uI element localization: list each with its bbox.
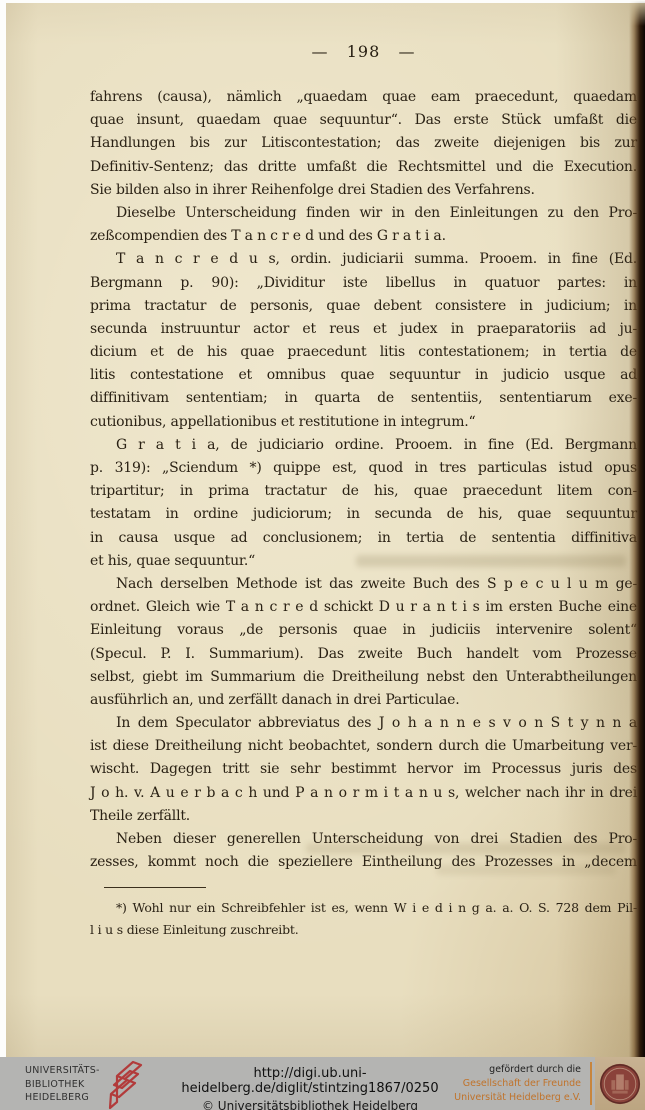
text-line: fahrens (causa), nämlich „quaedam quae e… (90, 86, 637, 109)
text-line: quae insunt, quaedam quae sequuntur“. Da… (90, 109, 637, 132)
text-line: zeßcompendien des T a n c r e d und des … (90, 225, 637, 248)
text-line: T a n c r e d u s, ordin. judiciarii sum… (90, 248, 637, 271)
footnote-line: *) Wohl nur ein Schreibfehler ist es, we… (90, 897, 637, 919)
text-line: litis contestatione et omnibus quae sequ… (90, 364, 637, 387)
library-logo-icon (91, 1058, 145, 1110)
library-name-line: HEIDELBERG (25, 1091, 100, 1105)
library-name: UNIVERSITÄTS- BIBLIOTHEK HEIDELBERG (25, 1064, 100, 1105)
text-line: secunda instruuntur actor et reus et jud… (90, 318, 637, 341)
text-line: Dieselbe Unterscheidung finden wir in de… (90, 202, 637, 225)
funder-name: Universität Heidelberg e.V. (454, 1091, 581, 1105)
document-url[interactable]: http://digi.ub.uni-heidelberg.de/diglit/… (145, 1066, 475, 1096)
text-line: ausführlich an, und zerfällt danach in d… (90, 689, 637, 712)
funding-credit: gefördert durch die Gesellschaft der Fre… (454, 1063, 581, 1105)
footer-center-text: http://digi.ub.uni-heidelberg.de/diglit/… (145, 1057, 475, 1110)
text-line: ist diese Dreitheilung nicht beobachtet,… (90, 735, 637, 758)
text-line: J o h. v. A u e r b a c h und P a n o r … (90, 782, 637, 805)
text-line: dicium et de his quae praecedunt litis c… (90, 341, 637, 364)
library-name-line: UNIVERSITÄTS- (25, 1064, 100, 1078)
text-line: Nach derselben Methode ist das zweite Bu… (90, 573, 637, 596)
text-line: diffinitivam sententiam; in quarta de se… (90, 387, 637, 410)
text-line: Einleitung voraus „de personis quae in j… (90, 619, 637, 642)
text-line: Sie bilden also in ihrer Reihenfolge dre… (90, 179, 637, 202)
university-seal-icon (598, 1062, 642, 1106)
scanned-page: — 198 — fahrens (causa), nämlich „quaeda… (0, 0, 645, 1057)
text-line: In dem Speculator abbreviatus des J o h … (90, 712, 637, 735)
text-line: tripartitur; in prima tractatur de his, … (90, 480, 637, 503)
text-line: Theile zerfällt. (90, 805, 637, 828)
text-line: testatam in ordine judiciorum; in secund… (90, 503, 637, 526)
text-line: in causa usque ad conclusionem; in terti… (90, 527, 637, 550)
text-line: zesses, kommt noch die speziellere Einth… (90, 851, 637, 874)
text-line: selbst, giebt im Summarium die Dreitheil… (90, 666, 637, 689)
text-line: wischt. Dagegen tritt sie sehr bestimmt … (90, 758, 637, 781)
footnote: *) Wohl nur ein Schreibfehler ist es, we… (90, 897, 637, 941)
footer-divider (590, 1062, 592, 1105)
text-line: Neben dieser generellen Unterscheidung v… (90, 828, 637, 851)
footnote-divider (104, 887, 206, 888)
text-line: prima tractatur de personis, quae debent… (90, 295, 637, 318)
text-line: Handlungen bis zur Litiscontestation; da… (90, 132, 637, 155)
book-edge-shadow (629, 0, 645, 1057)
text-line: G r a t i a, de judiciario ordine. Prooe… (90, 434, 637, 457)
footnote-line: l i u s diese Einleitung zuschreibt. (90, 919, 637, 941)
digitization-footer-bar: UNIVERSITÄTS- BIBLIOTHEK HEIDELBERG http… (0, 1057, 645, 1110)
funding-credit-line: gefördert durch die (454, 1063, 581, 1077)
text-line: (Specul. P. I. Summarium). Das zweite Bu… (90, 643, 637, 666)
text-line: Definitiv-Sentenz; das dritte umfaßt die… (90, 156, 637, 179)
text-line: Bergmann p. 90): „Dividitur iste libellu… (90, 272, 637, 295)
text-line: ordnet. Gleich wie T a n c r e d schickt… (90, 596, 637, 619)
funder-name: Gesellschaft der Freunde (454, 1077, 581, 1091)
body-text: fahrens (causa), nämlich „quaedam quae e… (90, 86, 637, 874)
university-seal-panel (595, 1057, 645, 1110)
text-line: p. 319): „Sciendum *) quippe est, quod i… (90, 457, 637, 480)
copyright-line: © Universitätsbibliothek Heidelberg (145, 1099, 475, 1110)
text-line: cutionibus, appellationibus et restituti… (90, 411, 637, 434)
text-line: et his, quae sequuntur.“ (90, 550, 637, 573)
library-name-line: BIBLIOTHEK (25, 1078, 100, 1092)
page-number-header: — 198 — (90, 42, 637, 61)
